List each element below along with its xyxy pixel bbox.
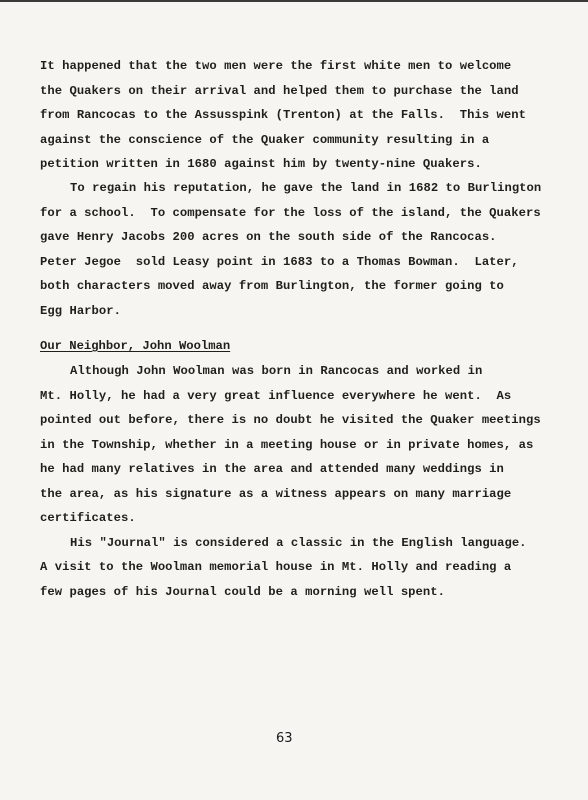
text-line: Although John Woolman was born in Rancoc… (70, 364, 482, 378)
text-line: the area, as his signature as a witness … (40, 487, 511, 501)
text-line: he had many relatives in the area and at… (40, 462, 504, 476)
text-line: the Quakers on their arrival and helped … (40, 84, 519, 98)
text-line: both characters moved away from Burlingt… (40, 279, 504, 293)
text-line: from Rancocas to the Assusspink (Trenton… (40, 108, 526, 122)
text-line: Mt. Holly, he had a very great influence… (40, 389, 511, 403)
text-line: petition written in 1680 against him by … (40, 157, 482, 171)
section-heading: Our Neighbor, John Woolman (40, 339, 230, 353)
text-line: To regain his reputation, he gave the la… (70, 181, 541, 195)
text-line: few pages of his Journal could be a morn… (40, 585, 445, 599)
text-line: for a school. To compensate for the loss… (40, 206, 541, 220)
text-line: Peter Jegoe sold Leasy point in 1683 to … (40, 255, 519, 269)
page-number: 63 (276, 731, 293, 746)
text-line: gave Henry Jacobs 200 acres on the south… (40, 230, 497, 244)
text-line: His "Journal" is considered a classic in… (70, 536, 527, 550)
text-line: against the conscience of the Quaker com… (40, 133, 489, 147)
text-line: in the Township, whether in a meeting ho… (40, 438, 533, 452)
text-line: pointed out before, there is no doubt he… (40, 413, 541, 427)
text-line: A visit to the Woolman memorial house in… (40, 560, 511, 574)
text-line: certificates. (40, 511, 136, 525)
text-line: It happened that the two men were the fi… (40, 59, 511, 73)
text-line: Egg Harbor. (40, 304, 121, 318)
document-page: It happened that the two men were the fi… (0, 0, 588, 800)
